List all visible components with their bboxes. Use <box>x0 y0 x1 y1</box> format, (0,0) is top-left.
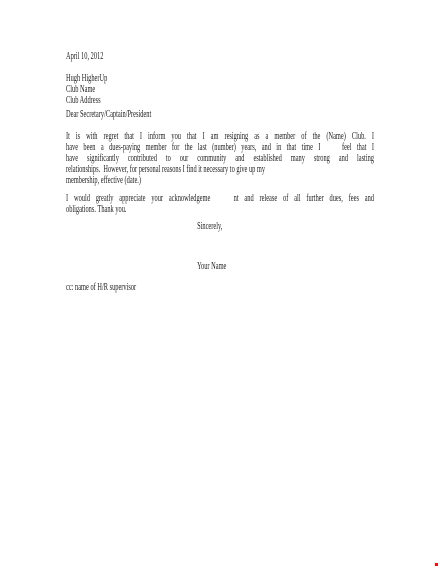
recipient-address-line: Club Address <box>66 95 374 106</box>
salutation-line: Dear Secretary/Captain/President <box>66 109 374 120</box>
document-page: April 10, 2012 Hugh HigherUp Club Name C… <box>0 0 440 569</box>
signature-line: Your Name <box>197 261 374 272</box>
body-line: obligations. Thank you. <box>66 204 374 215</box>
red-cursor-marker <box>435 563 438 566</box>
date-line: April 10, 2012 <box>66 51 374 62</box>
closing-line: Sincerely, <box>197 221 374 232</box>
letter-text-column: April 10, 2012 Hugh HigherUp Club Name C… <box>66 0 374 293</box>
recipient-name-line: Hugh HigherUp <box>66 73 374 84</box>
cc-line: cc: name of H/R supervisor <box>66 282 374 293</box>
body-line: membership, effective (date.) <box>66 175 374 186</box>
recipient-club-line: Club Name <box>66 84 374 95</box>
